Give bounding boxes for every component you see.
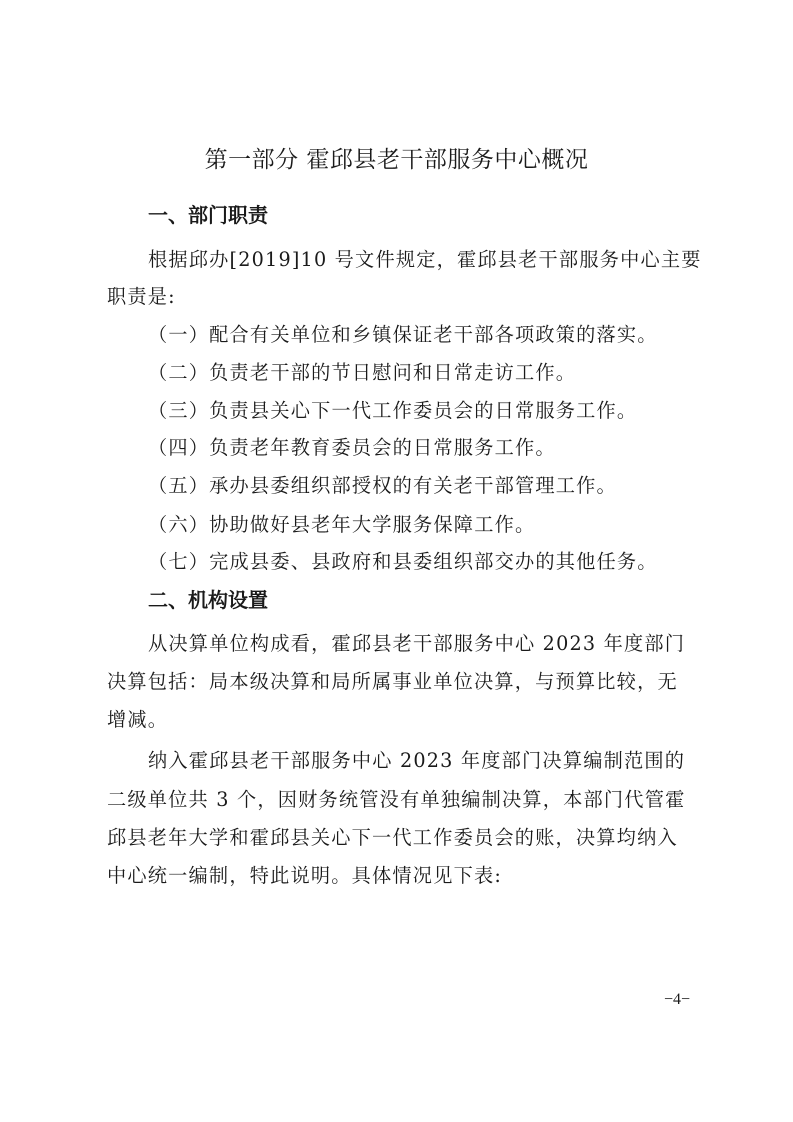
- duty-item: （五）承办县委组织部授权的有关老干部管理工作。: [148, 471, 617, 498]
- structure-paragraph1-line: 从决算单位构成看，霍邱县老干部服务中心 2023 年度部门: [148, 629, 685, 656]
- duty-item: （七）完成县委、县政府和县委组织部交办的其他任务。: [148, 547, 658, 574]
- duty-item: （一）配合有关单位和乡镇保证老干部各项政策的落实。: [148, 320, 658, 347]
- duty-item: （二）负责老干部的节日慰问和日常走访工作。: [148, 358, 576, 385]
- duty-item: （三）负责县关心下一代工作委员会的日常服务工作。: [148, 396, 637, 423]
- duties-intro-line1: 根据邱办[2019]10 号文件规定，霍邱县老干部服务中心主要: [148, 245, 702, 272]
- structure-paragraph1-line: 决算包括：局本级决算和局所属事业单位决算，与预算比较，无: [107, 667, 678, 694]
- structure-paragraph1-line: 增减。: [107, 705, 168, 732]
- page-title: 第一部分 霍邱县老干部服务中心概况: [0, 141, 793, 174]
- section-heading-structure: 二、机构设置: [148, 584, 268, 613]
- duty-item: （六）协助做好县老年大学服务保障工作。: [148, 510, 535, 537]
- structure-paragraph2-line: 二级单位共 3 个，因财务统管没有单独编制决算，本部门代管霍: [107, 785, 685, 812]
- structure-paragraph2-line: 纳入霍邱县老干部服务中心 2023 年度部门决算编制范围的: [148, 746, 685, 773]
- structure-paragraph2-line: 邱县老年大学和霍邱县关心下一代工作委员会的账，决算均纳入: [107, 823, 678, 850]
- page-number: −4−: [664, 991, 690, 1009]
- duty-item: （四）负责老年教育委员会的日常服务工作。: [148, 433, 556, 460]
- duties-intro-line2: 职责是:: [107, 282, 176, 309]
- section-heading-duties: 一、部门职责: [148, 199, 268, 228]
- structure-paragraph2-line: 中心统一编制，特此说明。具体情况见下表:: [107, 861, 502, 888]
